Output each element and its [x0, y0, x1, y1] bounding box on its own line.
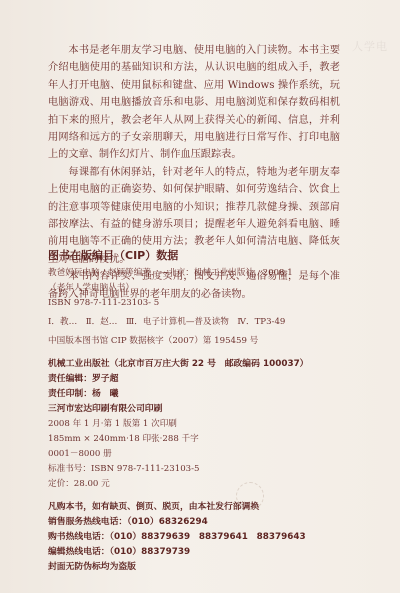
print-manager: 责任印制：杨 曦 [48, 387, 348, 402]
responsible-editor: 责任编辑：罗子超 [48, 372, 348, 387]
cip-line-title: 教爸妈玩电脑 / 赵颖等编著．—北京：机械工业出版社，2008.1 [48, 266, 348, 281]
sales-hotline: 销售服务热线电话：（010）68326294 [48, 515, 348, 530]
bleed-through-text: 人学电 [352, 38, 388, 54]
print-run: 0001－8000 册 [48, 447, 348, 462]
cip-line-classification: Ⅰ．教… Ⅱ．赵… Ⅲ．电子计算机—普及读物 Ⅳ．TP3-49 [48, 315, 348, 330]
anti-piracy-notice: 封面无防伪标均为盗版 [48, 560, 348, 575]
cip-line-series: （老年人学电脑丛书） [48, 281, 348, 296]
intro-paragraph-1: 本书是老年朋友学习电脑、使用电脑的入门读物。本书主要介绍电脑使用的基础知识和方法… [48, 42, 340, 164]
edition-info: 2008 年 1 月·第 1 版第 1 次印刷 [48, 417, 348, 432]
editorial-hotline: 编辑热线电话：（010）88379739 [48, 545, 348, 560]
copyright-page: 人学电 本书是老年朋友学习电脑、使用电脑的入门读物。本书主要介绍电脑使用的基础知… [0, 0, 400, 593]
cip-title: 图书在版编目（CIP）数据 [48, 247, 348, 263]
faint-seal-icon [236, 482, 264, 510]
cip-line-isbn: ISBN 978-7-111-23103- 5 [48, 296, 348, 311]
publisher-name: 机械工业出版社（北京市百万庄大街 22 号 邮政编码 100037） [48, 357, 348, 372]
price: 定价：28.00 元 [48, 477, 348, 492]
cip-line-record: 中国版本图书馆 CIP 数据核字（2007）第 195459 号 [48, 334, 348, 349]
defect-notice: 凡购本书，如有缺页、倒页、脱页，由本社发行部调换 [48, 500, 348, 515]
format-info: 185mm × 240mm·18 印张·288 千字 [48, 432, 348, 447]
standard-isbn: 标准书号：ISBN 978-7-111-23103-5 [48, 462, 348, 477]
purchase-hotline: 购书热线电话：（010）88379639 88379641 88379643 [48, 530, 348, 545]
cip-block: 图书在版编目（CIP）数据 教爸妈玩电脑 / 赵颖等编著．—北京：机械工业出版社… [48, 247, 348, 575]
printer: 三河市宏达印刷有限公司印刷 [48, 402, 348, 417]
